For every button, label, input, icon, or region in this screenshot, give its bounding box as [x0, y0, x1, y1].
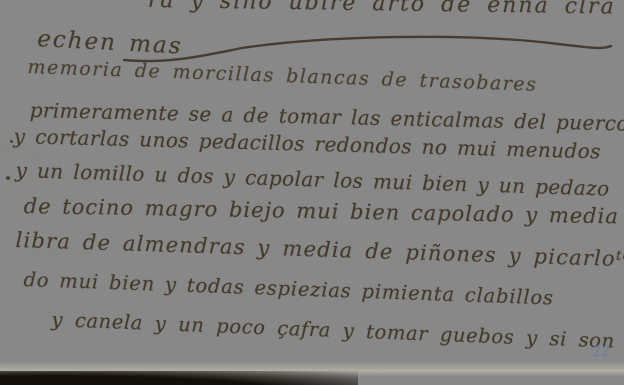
manuscript-line: de tocino magro biejo mui bien capolado … [24, 194, 619, 228]
manuscript-line: y canela y un poco çafra y tomar guebos … [51, 308, 615, 353]
manuscript-page-scan: ra y sino ubire arto de enna clra echen … [0, 0, 624, 385]
manuscript-line: do mui bien y todas espiezias pimienta c… [23, 268, 554, 310]
superscript-abbreviation: to [616, 248, 624, 264]
manuscript-line: libra de almendras y media de piñones y … [15, 228, 624, 271]
ink-dot [5, 175, 11, 181]
scan-edge-shadow [0, 371, 358, 385]
page-number: 22 [591, 343, 611, 360]
recipe-title-line: memoria de morcillas blancas de trasobar… [27, 56, 537, 96]
manuscript-line: y un lomillo u dos y capolar los mui bie… [15, 158, 610, 201]
ink-dot [10, 140, 13, 143]
manuscript-line-top-fragment: ra y sino ubire arto de enna clra [148, 0, 616, 20]
manuscript-line-text: libra de almendras y media de piñones y … [15, 228, 616, 271]
manuscript-line-echen-mas: echen mas [37, 26, 184, 60]
